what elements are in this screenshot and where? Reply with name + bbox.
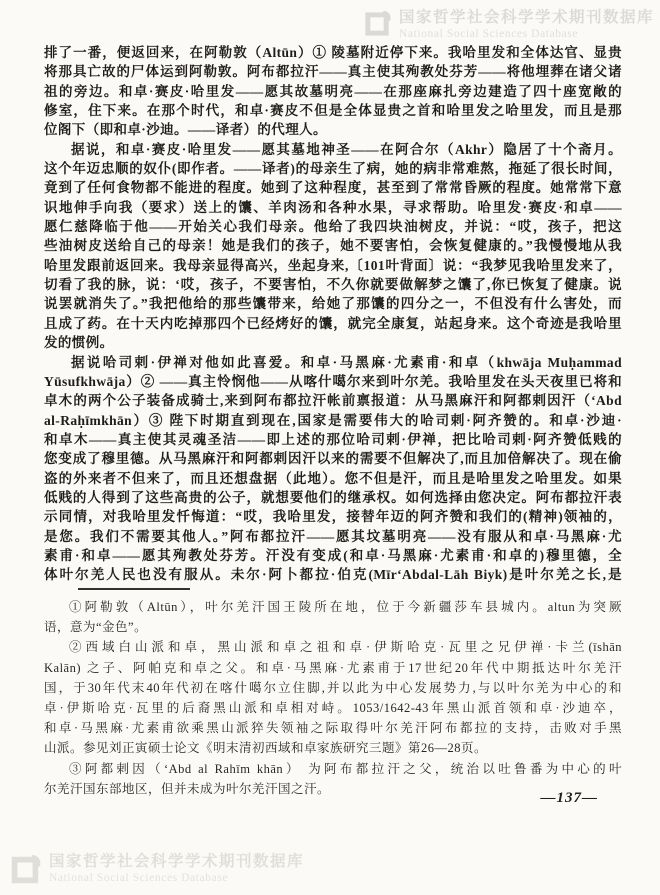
text-line: 卓·伊斯哈克·瓦里的后裔黑山派和卓相对峙。1053/1642-43年黑山派首领和… xyxy=(44,698,622,718)
text-line: 示同情，对我哈里发忏悔道：“哎，我哈里发，接替年迈的阿齐赞和我们的(精神)领袖的… xyxy=(44,507,622,526)
text-line: 且成了药。在十天内吃掉那四个已经烤好的馕，就完全康复，站起身来。这个奇迹是我哈里 xyxy=(44,314,622,333)
text-line: 据说，和卓·赛皮·哈里发——愿其墓地神圣——在阿合尔（Akhr）隐居了十个斋月。 xyxy=(44,140,622,159)
footnotes-block: ①阿勒敦（Altūn），叶尔羌汗国王陵所在地，位于今新疆莎车县城内。altun为… xyxy=(44,597,622,799)
text-line: 祖的旁边。和卓·赛皮·哈里发——愿其故墓明亮——在那座麻扎旁边建造了四十座宽敞的 xyxy=(44,82,622,101)
text-line: 修室，住下来。在那个时代，和卓·赛皮不但是全体显贵之首和哈里发之哈里发，而且是那 xyxy=(44,101,622,120)
watermark-title-zh: 国家哲学社会科学学术期刊数据库 xyxy=(49,852,304,871)
text-line: 卓木的两个公子装备成骑士,来到阿布都拉汗帐前禀报道：从马黑麻汗和阿都剌因汗（‘A… xyxy=(44,391,622,410)
text-line: 尔羌汗国东部地区，但并未成为叶尔羌汗国之汗。 xyxy=(44,779,622,799)
watermark-top: 国家哲学社会科学学术期刊数据库 National Social Sciences… xyxy=(362,8,654,41)
text-line: 体叶尔羌人民也没有服从。未尔·阿卜都拉·伯克(Mīr‘Abdal-Lāh Biy… xyxy=(44,565,622,584)
text-line: 山派。参见刘正寅硕士论文《明末清初西域和卓家族研究三题》第26—28页。 xyxy=(44,738,622,758)
nssd-logo-icon xyxy=(362,9,392,39)
text-line: 位阁下（即和卓·沙迪。——译者）的代理人。 xyxy=(44,120,622,139)
text-line: 和卓·马黑麻·尤素甫欲乘黑山派猝失领袖之际取得叶尔羌汗阿布都拉的支持，击败对手黑 xyxy=(44,718,622,738)
text-line: 些油树皮送给自己的母亲！她是我们的孩子，她不要害怕，会恢复健康的。”我慢慢地从我 xyxy=(44,236,622,255)
text-line: 识地伸手向我（要求）送上的馕、羊肉汤和各种水果，寻求帮助。哈里发·赛皮·和卓—— xyxy=(44,198,622,217)
document-page: 国家哲学社会科学学术期刊数据库 National Social Sciences… xyxy=(0,0,660,895)
text-line: 竟到了任何食物都不能进的程度。她到了这种程度，甚至到了常常昏厥的程度。她常常下意 xyxy=(44,178,622,197)
text-line: 说罢就消失了。”我把他给的那些馕带来，给她了那馕的四分之一，不但没有什么害处，而 xyxy=(44,294,622,313)
watermark-text: 国家哲学社会科学学术期刊数据库 National Social Sciences… xyxy=(399,8,654,41)
main-text-block: 排了一番，便返回来，在阿勒敦（Altūn）① 陵墓附近停下来。我哈里发和全体达官… xyxy=(44,43,622,585)
text-line: 发的惯例。 xyxy=(44,333,622,352)
text-line: 语，意为“金色”。 xyxy=(44,617,622,637)
text-line: Kalān) 之子、阿帕克和卓之父。和卓·马黑麻·尤素甫于17世纪20年代中期抵… xyxy=(44,658,622,678)
text-line: 愿仁慈降临于他——开始关心我们母亲。他给了我四块油树皮，并说：“哎，孩子，把这 xyxy=(44,217,622,236)
text-line: 哈里发跟前返回来。我母亲显得高兴，坐起身来,〔101叶背面〕说：“我梦见我哈里发… xyxy=(44,256,622,275)
text-line: 盗的外来者不但来了，而且还想盘据（此地）。您不但是汗，而且是哈里发之哈里发。如果 xyxy=(44,469,622,488)
text-line: 据说哈司剌·伊禅对他如此喜爱。和卓·马黑麻·尤素甫·和卓（khwāja Muḥa… xyxy=(44,353,622,372)
text-line: 和卓木——真主使其灵魂圣洁——即上述的那位哈司剌·伊禅，把比哈司剌·阿齐赞低贱的 xyxy=(44,430,622,449)
text-line: 素甫·和卓——愿其殉教处芬芳。汗没有变成(和卓·马黑麻·尤素甫·和卓的)穆里德，… xyxy=(44,546,622,565)
text-line: ①阿勒敦（Altūn），叶尔羌汗国王陵所在地，位于今新疆莎车县城内。altun为… xyxy=(44,597,622,617)
text-line: 您变成了穆里德。从马黑麻汗和阿都剌因汗以来的需要不但解决了,而且加倍解决了。现在… xyxy=(44,449,622,468)
text-line: 低贱的人得到了这些高贵的公子，就想要他们的继承权。如何选择由您决定。阿布都拉汗表 xyxy=(44,488,622,507)
text-line: 是您。我们不需要其他人。”阿布都拉汗——愿其坟墓明亮——没有服从和卓·马黑麻·尤 xyxy=(44,527,622,546)
text-line: 这个年迈忠顺的奴仆(即作者。——译者)的母亲生了病，她的病非常难熬，拖延了很长时… xyxy=(44,159,622,178)
watermark-title-en: National Social Sciences Database xyxy=(49,871,304,885)
footnote-separator xyxy=(78,588,190,590)
text-line: al-Raḥīmkhān）③ 陛下时期直到现在,国家是需要伟大的哈司剌·阿齐赞的… xyxy=(44,411,622,430)
text-line: 排了一番，便返回来，在阿勒敦（Altūn）① 陵墓附近停下来。我哈里发和全体达官… xyxy=(44,43,622,62)
watermark-bottom: 国家哲学社会科学学术期刊数据库 National Social Sciences… xyxy=(8,852,304,887)
page-number: —137— xyxy=(541,790,599,807)
nssd-logo-icon xyxy=(8,853,42,887)
text-line: 切看了我的脉，说：‘哎，孩子，不要害怕，不久你就要做解梦之馕了,你已恢复了健康。… xyxy=(44,275,622,294)
text-line: 国，于30年代末40年代初在喀什噶尔立住脚,并以此为中心发展势力,与以叶尔羌为中… xyxy=(44,678,622,698)
watermark-title-zh: 国家哲学社会科学学术期刊数据库 xyxy=(399,8,654,27)
text-line: Yūsufkhwāja）② ——真主怜悯他——从喀什噶尔来到叶尔羌。我哈里发在头… xyxy=(44,372,622,391)
text-line: 将那具亡故的尸体运到阿勒敦。阿布都拉汗——真主使其殉教处芬芳——将他埋葬在诸父诸 xyxy=(44,62,622,81)
watermark-title-en: National Social Sciences Database xyxy=(399,27,654,41)
text-line: ②西域白山派和卓，黑山派和卓之祖和卓·伊斯哈克·瓦里之兄伊禅·卡兰(īshān xyxy=(44,637,622,657)
watermark-text: 国家哲学社会科学学术期刊数据库 National Social Sciences… xyxy=(49,852,304,885)
text-line: ③阿都剌因（‘Abd al Rahīm khān） 为阿布都拉汗之父，统治以吐鲁… xyxy=(44,759,622,779)
